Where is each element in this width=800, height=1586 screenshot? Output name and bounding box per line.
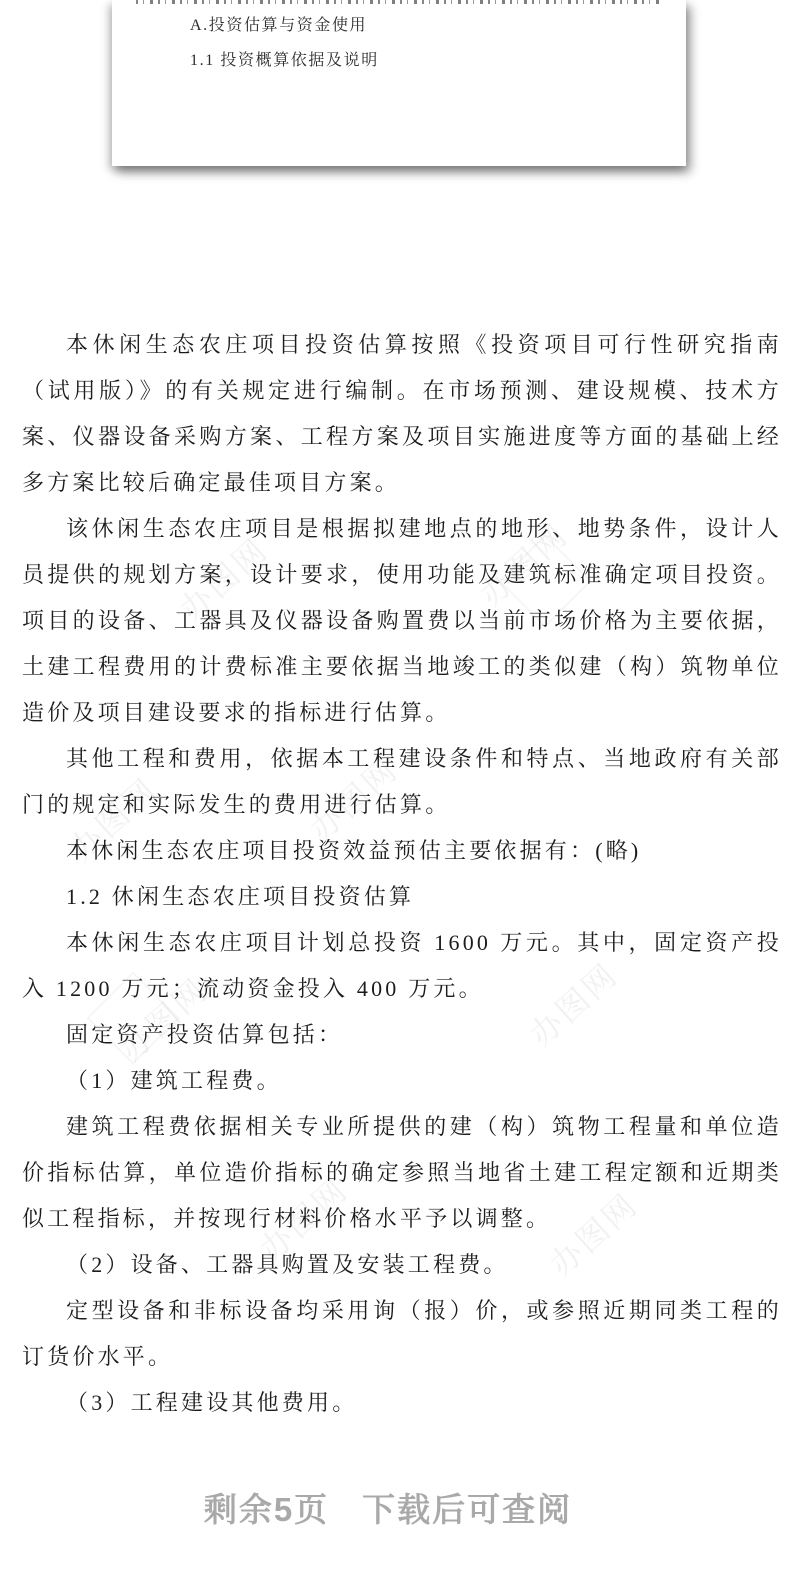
document-paragraph: （2）设备、工器具购置及安装工程费。 [22, 1242, 782, 1288]
document-paragraph: 该休闲生态农庄项目是根据拟建地点的地形、地势条件，设计人员提供的规划方案，设计要… [22, 506, 782, 736]
remaining-pages-footer: 剩余5页下载后可查阅 [0, 1484, 788, 1531]
clipped-text-line [136, 0, 664, 4]
toc-line-1-1: 1.1 投资概算依据及说明 [190, 47, 379, 70]
document-paragraph: 其他工程和费用，依据本工程建设条件和特点、当地政府有关部门的规定和实际发生的费用… [22, 736, 782, 828]
document-body: 本休闲生态农庄项目投资估算按照《投资项目可行性研究指南（试用版）》的有关规定进行… [0, 322, 800, 1426]
document-paragraph: 固定资产投资估算包括： [22, 1012, 782, 1058]
page-preview-card: A.投资估算与资金使用 1.1 投资概算依据及说明 [112, 0, 686, 166]
document-paragraph: （1）建筑工程费。 [22, 1058, 782, 1104]
remaining-pages-text: 剩余5页 [204, 1491, 329, 1528]
document-paragraph: 1.2 休闲生态农庄项目投资估算 [22, 874, 782, 920]
download-hint-text: 下载后可查阅 [362, 1491, 572, 1528]
document-paragraph: 定型设备和非标设备均采用询（报）价，或参照近期同类工程的订货价水平。 [22, 1288, 782, 1380]
document-paragraph: 建筑工程费依据相关专业所提供的建（构）筑物工程量和单位造价指标估算，单位造价指标… [22, 1104, 782, 1242]
toc-line-a: A.投资估算与资金使用 [190, 12, 367, 35]
document-paragraph: （3）工程建设其他费用。 [22, 1380, 782, 1426]
document-paragraph: 本休闲生态农庄项目投资估算按照《投资项目可行性研究指南（试用版）》的有关规定进行… [22, 322, 782, 506]
document-paragraph: 本休闲生态农庄项目投资效益预估主要依据有：(略) [22, 828, 782, 874]
document-paragraph: 本休闲生态农庄项目计划总投资 1600 万元。其中，固定资产投入 1200 万元… [22, 920, 782, 1012]
